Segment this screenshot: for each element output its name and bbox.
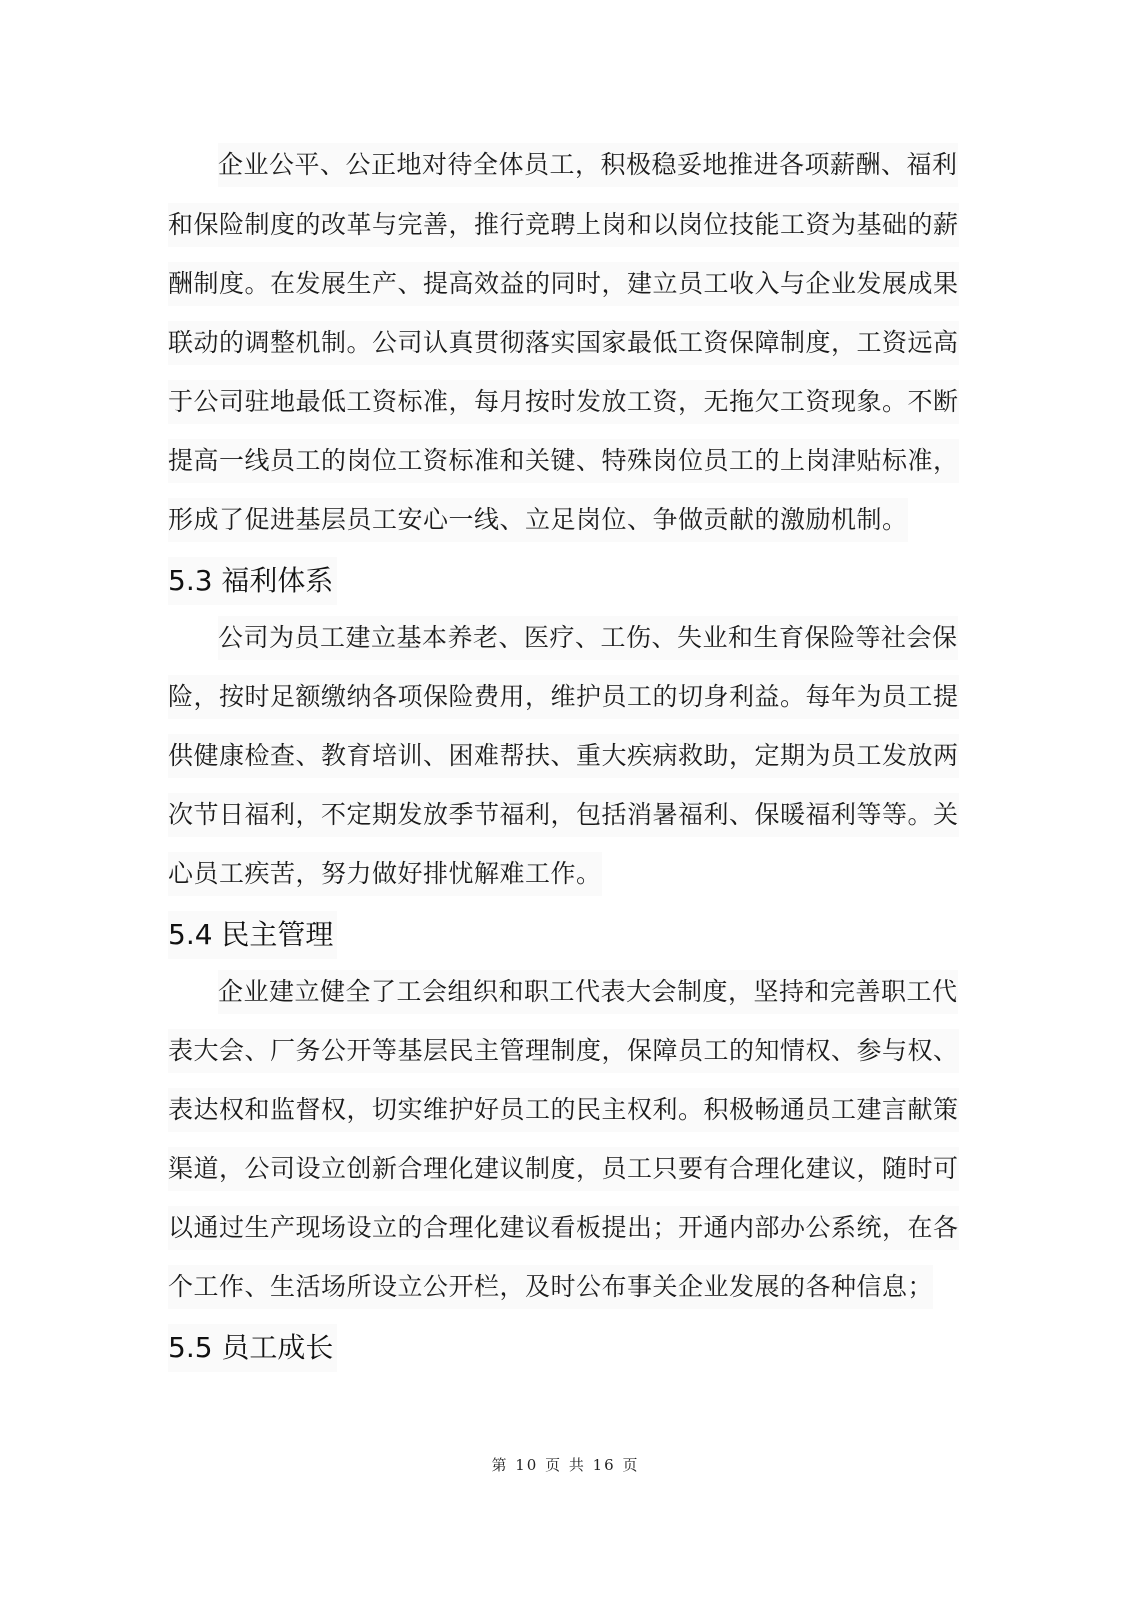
document-page: 企业公平、公正地对待全体员工，积极稳妥地推进各项薪酬、福利 和保险制度的改革与完…: [0, 0, 1131, 1600]
paragraph-line: 次节日福利，不定期发放季节福利，包括消暑福利、保暖福利等等。关: [168, 793, 959, 837]
section-heading-5-5: 5.5 员工成长: [168, 1324, 337, 1372]
paragraph-line: 企业公平、公正地对待全体员工，积极稳妥地推进各项薪酬、福利: [218, 143, 958, 187]
paragraph-line: 表达权和监督权，切实维护好员工的民主权利。积极畅通员工建言献策: [168, 1088, 959, 1132]
paragraph-line: 供健康检查、教育培训、困难帮扶、重大疾病救助，定期为员工发放两: [168, 734, 959, 778]
paragraph-line: 于公司驻地最低工资标准，每月按时发放工资，无拖欠工资现象。不断: [168, 380, 959, 424]
paragraph-line: 企业建立健全了工会组织和职工代表大会制度，坚持和完善职工代: [218, 970, 958, 1014]
paragraph-line: 联动的调整机制。公司认真贯彻落实国家最低工资保障制度，工资远高: [168, 321, 959, 365]
paragraph-line: 表大会、厂务公开等基层民主管理制度，保障员工的知情权、参与权、: [168, 1029, 959, 1073]
paragraph-line: 渠道，公司设立创新合理化建议制度，员工只要有合理化建议，随时可: [168, 1147, 959, 1191]
paragraph-line: 险，按时足额缴纳各项保险费用，维护员工的切身利益。每年为员工提: [168, 675, 959, 719]
paragraph-line: 公司为员工建立基本养老、医疗、工伤、失业和生育保险等社会保: [218, 616, 958, 660]
paragraph-line: 和保险制度的改革与完善，推行竞聘上岗和以岗位技能工资为基础的薪: [168, 203, 959, 247]
section-heading-5-3: 5.3 福利体系: [168, 557, 337, 605]
paragraph-line: 提高一线员工的岗位工资标准和关键、特殊岗位员工的上岗津贴标准，: [168, 439, 959, 483]
paragraph-line: 个工作、生活场所设立公开栏，及时公布事关企业发展的各种信息；: [168, 1265, 933, 1309]
paragraph-line: 心员工疾苦，努力做好排忧解难工作。: [168, 852, 602, 896]
section-heading-5-4: 5.4 民主管理: [168, 911, 337, 959]
paragraph-line: 酬制度。在发展生产、提高效益的同时，建立员工收入与企业发展成果: [168, 262, 959, 306]
page-number-footer: 第 10 页 共 16 页: [0, 1454, 1131, 1475]
paragraph-line: 形成了促进基层员工安心一线、立足岗位、争做贡献的激励机制。: [168, 498, 908, 542]
paragraph-line: 以通过生产现场设立的合理化建议看板提出；开通内部办公系统，在各: [168, 1206, 959, 1250]
